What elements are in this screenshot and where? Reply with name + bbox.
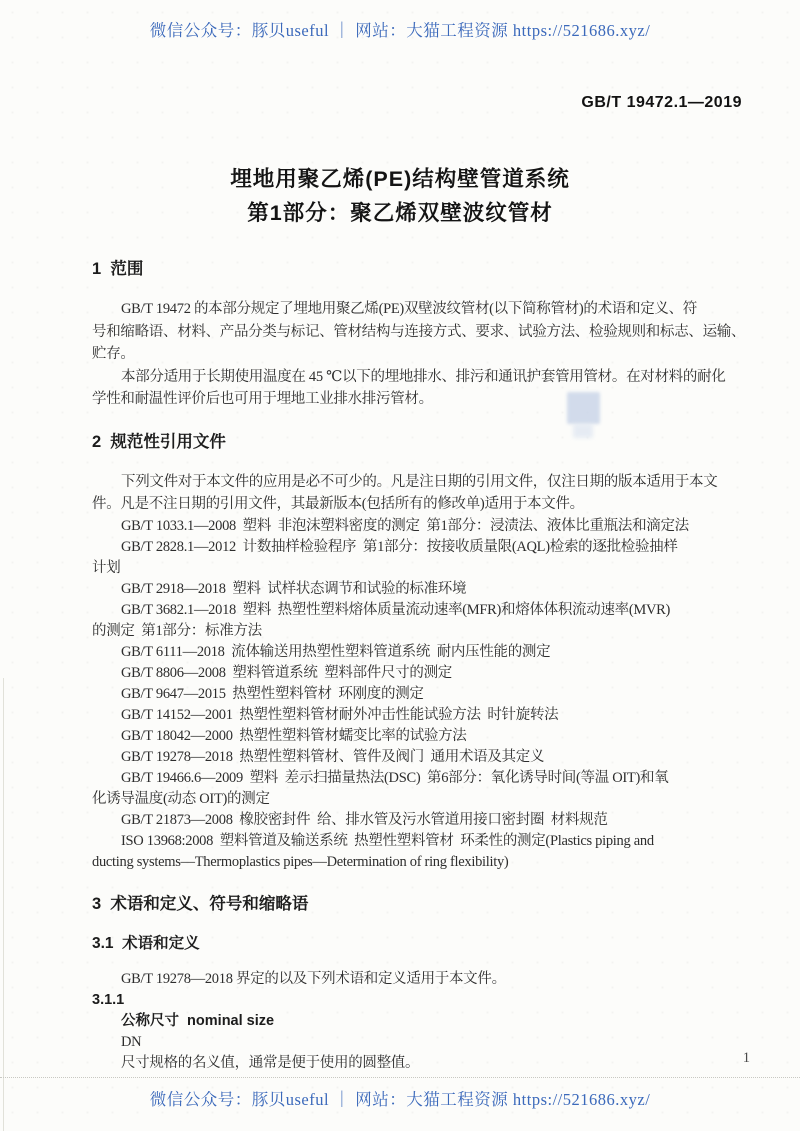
text-line: GB/T 3682.1—2018 塑料 热塑性塑料熔体质量流动速率(MFR)和熔… [92,600,717,621]
term-number: 3.1.1 [92,990,717,1011]
document-body: 1 范围GB/T 19472 的本部分规定了埋地用聚乙烯(PE)双壁波纹管材(以… [92,258,717,1074]
text-line: 尺寸规格的名义值，通常是便于使用的圆整值。 [92,1053,717,1074]
text-line: ISO 13968:2008 塑料管道及输送系统 热塑性塑料管材 环柔性的测定(… [92,831,717,852]
document-title-line-1: 埋地用聚乙烯(PE)结构壁管道系统 [0,162,800,196]
text-line: GB/T 19466.6—2009 塑料 差示扫描量热法(DSC) 第6部分：氧… [92,768,717,789]
text-line: 的测定 第1部分：标准方法 [92,621,717,642]
reference-item: GB/T 21873—2008 橡胶密封件 给、排水管及污水管道用接口密封圈 材… [92,810,717,831]
terms-heading: 3 术语和定义、符号和缩略语 [92,893,717,915]
text-line: 号和缩略语、材料、产品分类与标记、管材结构与连接方式、要求、试验方法、检验规则和… [92,321,717,344]
text-line: GB/T 2828.1—2012 计数抽样检验程序 第1部分：按接收质量限(AQ… [92,537,717,558]
text-line: GB/T 19278—2018 热塑性塑料管材、管件及阀门 通用术语及其定义 [92,747,717,768]
text-line: GB/T 2918—2018 塑料 试样状态调节和试验的标准环境 [92,579,717,600]
reference-item: GB/T 1033.1—2008 塑料 非泡沫塑料密度的测定 第1部分：浸渍法、… [92,516,717,537]
text-line: GB/T 9647—2015 热塑性塑料管材 环刚度的测定 [92,684,717,705]
text-line: GB/T 8806—2008 塑料管道系统 塑料部件尺寸的测定 [92,663,717,684]
text-line: 3.1 术语和定义 [92,933,717,955]
term-title: 公称尺寸 nominal size [92,1011,717,1032]
term-definition: 尺寸规格的名义值，通常是便于使用的圆整值。 [92,1053,717,1074]
scan-artifact-smudge-small [573,424,593,438]
text-line: GB/T 6111—2018 流体输送用热塑性塑料管道系统 耐内压性能的测定 [92,642,717,663]
reference-item: GB/T 3682.1—2018 塑料 热塑性塑料熔体质量流动速率(MFR)和熔… [92,600,717,642]
references-intro: 下列文件对于本文件的应用是必不可少的。凡是注日期的引用文件，仅注日期的版本适用于… [92,471,717,516]
terms-intro: GB/T 19278—2018 界定的以及下列术语和定义适用于本文件。 [92,969,717,990]
text-line: GB/T 21873—2008 橡胶密封件 给、排水管及污水管道用接口密封圈 材… [92,810,717,831]
text-line: 2 规范性引用文件 [92,431,717,453]
text-line: 3.1.1 [92,990,717,1011]
standard-code: GB/T 19472.1—2019 [581,94,742,112]
references-heading: 2 规范性引用文件 [92,431,717,453]
watermark-top: 微信公众号：豚贝useful ｜ 网站：大猫工程资源 https://52168… [0,17,800,41]
text-line: 本部分适用于长期使用温度在 45 ℃以下的埋地排水、排污和通讯护套管用管材。在对… [92,366,717,389]
text-line: 计划 [92,558,717,579]
scope-heading: 1 范围 [92,258,717,280]
document-title: 埋地用聚乙烯(PE)结构壁管道系统 第1部分：聚乙烯双壁波纹管材 [0,162,800,230]
watermark-bottom: 微信公众号：豚贝useful ｜ 网站：大猫工程资源 https://52168… [0,1086,800,1110]
text-line: GB/T 19472 的本部分规定了埋地用聚乙烯(PE)双壁波纹管材(以下简称管… [92,298,717,321]
reference-item: GB/T 2828.1—2012 计数抽样检验程序 第1部分：按接收质量限(AQ… [92,537,717,579]
text-line: GB/T 1033.1—2008 塑料 非泡沫塑料密度的测定 第1部分：浸渍法、… [92,516,717,537]
scope-para-1: GB/T 19472 的本部分规定了埋地用聚乙烯(PE)双壁波纹管材(以下简称管… [92,298,717,366]
document-title-line-2: 第1部分：聚乙烯双壁波纹管材 [0,196,800,230]
page-number: 1 [743,1050,750,1067]
text-line: GB/T 19278—2018 界定的以及下列术语和定义适用于本文件。 [92,969,717,990]
scan-artifact-smudge [567,392,600,424]
text-line: 3 术语和定义、符号和缩略语 [92,893,717,915]
terms-subheading: 3.1 术语和定义 [92,933,717,955]
reference-item: GB/T 9647—2015 热塑性塑料管材 环刚度的测定 [92,684,717,705]
text-line: 化诱导温度(动态 OIT)的测定 [92,789,717,810]
reference-item: GB/T 6111—2018 流体输送用热塑性塑料管道系统 耐内压性能的测定 [92,642,717,663]
reference-item: GB/T 8806—2008 塑料管道系统 塑料部件尺寸的测定 [92,663,717,684]
footer-divider [0,1077,800,1078]
text-line: 1 范围 [92,258,717,280]
term-symbol: DN [92,1032,717,1053]
reference-item: GB/T 18042—2000 热塑性塑料管材蠕变比率的试验方法 [92,726,717,747]
scan-artifact-edge-line [3,678,4,1131]
text-line: 公称尺寸 nominal size [92,1011,717,1032]
text-line: GB/T 14152—2001 热塑性塑料管材耐外冲击性能试验方法 时针旋转法 [92,705,717,726]
text-line: GB/T 18042—2000 热塑性塑料管材蠕变比率的试验方法 [92,726,717,747]
text-line: 学性和耐温性评价后也可用于埋地工业排水排污管材。 [92,388,717,411]
scanned-document-page: 微信公众号：豚贝useful ｜ 网站：大猫工程资源 https://52168… [0,0,800,1131]
text-line: 下列文件对于本文件的应用是必不可少的。凡是注日期的引用文件，仅注日期的版本适用于… [92,471,717,494]
reference-item: GB/T 19278—2018 热塑性塑料管材、管件及阀门 通用术语及其定义 [92,747,717,768]
scope-para-2: 本部分适用于长期使用温度在 45 ℃以下的埋地排水、排污和通讯护套管用管材。在对… [92,366,717,411]
text-line: DN [92,1032,717,1053]
text-line: 贮存。 [92,343,717,366]
reference-item: GB/T 19466.6—2009 塑料 差示扫描量热法(DSC) 第6部分：氧… [92,768,717,810]
reference-item: GB/T 14152—2001 热塑性塑料管材耐外冲击性能试验方法 时针旋转法 [92,705,717,726]
text-line: 件。凡是不注日期的引用文件，其最新版本(包括所有的修改单)适用于本文件。 [92,493,717,516]
text-line: ducting systems—Thermoplastics pipes—Det… [92,852,717,873]
reference-item: ISO 13968:2008 塑料管道及输送系统 热塑性塑料管材 环柔性的测定(… [92,831,717,873]
reference-item: GB/T 2918—2018 塑料 试样状态调节和试验的标准环境 [92,579,717,600]
